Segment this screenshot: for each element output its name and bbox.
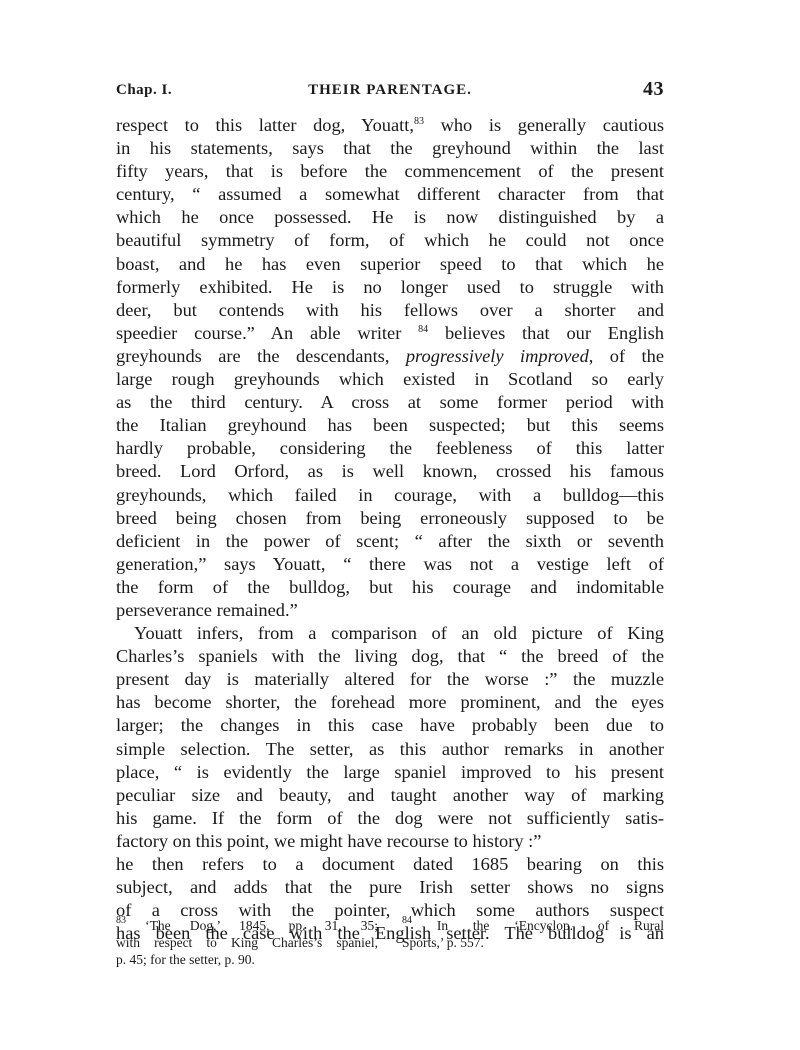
text-line: greyhounds, which failed in courage, wit… [116, 484, 664, 507]
text-line: Youatt infers, from a comparison of an o… [116, 622, 664, 645]
text-line: he then refers to a document dated 1685 … [116, 853, 664, 876]
text-line: subject, and adds that the pure Irish se… [116, 876, 664, 899]
footnote-marker-83: 83 [116, 915, 126, 926]
text-line: boast, and he has even superior speed to… [116, 253, 664, 276]
text-line: factory on this point, we might have rec… [116, 830, 664, 853]
text-line: peculiar size and beauty, and taught ano… [116, 784, 664, 807]
text-line: Charles’s spaniels with the living dog, … [116, 645, 664, 668]
running-head: Chap. I. THEIR PARENTAGE. 43 [116, 78, 664, 104]
italic-phrase: progressively improved [406, 346, 589, 366]
page-number: 43 [643, 78, 664, 101]
text-line: fifty years, that is before the commence… [116, 160, 664, 183]
body-text: respect to this latter dog, Youatt,83 wh… [116, 114, 664, 945]
footnote-83: 83 ‘The Dog,’ 1845, pp. 31, 35; with res… [116, 917, 378, 968]
footnote-84: 84 In the ‘Encyclop. of Rural Sports,’ p… [402, 917, 664, 968]
footnotes: 83 ‘The Dog,’ 1845, pp. 31, 35; with res… [116, 917, 664, 968]
text-line: the Italian greyhound has been suspected… [116, 414, 664, 437]
text-line: in his statements, says that the greyhou… [116, 137, 664, 160]
text-line: respect to this latter dog, Youatt,83 wh… [116, 114, 664, 137]
text-line: deer, but contends with his fellows over… [116, 299, 664, 322]
text-line: place, “ is evidently the large spaniel … [116, 761, 664, 784]
footnote-marker-84: 84 [402, 915, 412, 926]
text-line: greyhounds are the descendants, progress… [116, 345, 664, 368]
text-line: beautiful symmetry of form, of which he … [116, 229, 664, 252]
text-line: present day is materially altered for th… [116, 668, 664, 691]
running-title: THEIR PARENTAGE. [116, 82, 664, 99]
text-line: formerly exhibited. He is no longer used… [116, 276, 664, 299]
text-line: breed. Lord Orford, as is well known, cr… [116, 460, 664, 483]
text-line: which he once possessed. He is now disti… [116, 206, 664, 229]
text-line: large rough greyhounds which existed in … [116, 368, 664, 391]
text-line: speedier course.” An able writer 84 beli… [116, 322, 664, 345]
text-line: has become shorter, the forehead more pr… [116, 691, 664, 714]
book-page: Chap. I. THEIR PARENTAGE. 43 respect to … [116, 78, 664, 945]
text-line: century, “ assumed a somewhat different … [116, 183, 664, 206]
text-line: hardly probable, considering the feeblen… [116, 437, 664, 460]
footnote-ref-83: 83 [414, 116, 424, 127]
footnote-ref-84: 84 [418, 324, 428, 335]
text-line: larger; the changes in this case have pr… [116, 714, 664, 737]
text-line: generation,” says Youatt, “ there was no… [116, 553, 664, 576]
text-line: deficient in the power of scent; “ after… [116, 530, 664, 553]
text-line: breed being chosen from being erroneousl… [116, 507, 664, 530]
text-line: perseverance remained.” [116, 599, 664, 622]
text-line: as the third century. A cross at some fo… [116, 391, 664, 414]
text-line: the form of the bulldog, but his courage… [116, 576, 664, 599]
text-line: simple selection. The setter, as this au… [116, 738, 664, 761]
text-line: his game. If the form of the dog were no… [116, 807, 664, 830]
